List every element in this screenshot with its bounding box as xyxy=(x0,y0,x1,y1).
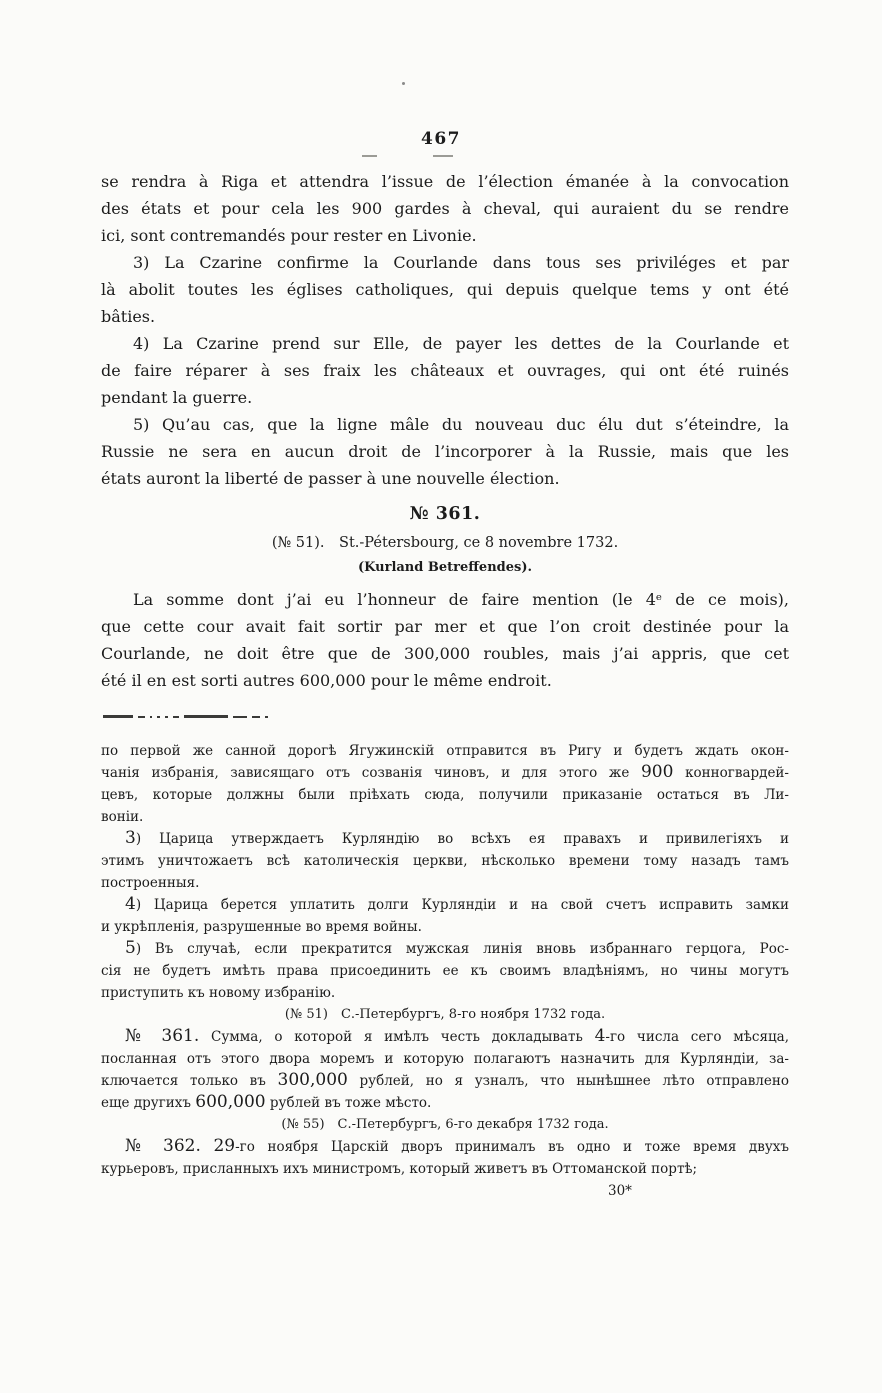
scan-mark xyxy=(433,155,453,157)
text-line: La somme dont j’ai eu l’honneur de faire… xyxy=(101,586,789,613)
text-line: воніи. xyxy=(101,806,789,828)
text-line: 3) La Czarine confirme la Courlande dans… xyxy=(101,249,789,276)
numeral: 3 xyxy=(125,828,136,848)
text-line: états auront la liberté de passer à une … xyxy=(101,465,789,492)
paragraph-ru: № 362. 29-го ноября Царскій дворъ приним… xyxy=(101,1136,789,1180)
text-line: 5) Qu’au cas, que la ligne mâle du nouve… xyxy=(101,411,789,438)
numeral: № 361. xyxy=(125,1026,199,1046)
text-line: курьеровъ, присланныхъ ихъ министромъ, к… xyxy=(101,1158,789,1180)
text-line: посланная отъ этого двора моремъ и котор… xyxy=(101,1048,789,1070)
text-line: de faire réparer à ses fraix les château… xyxy=(101,357,789,384)
text-line: 5) Въ случаѣ, если прекратится мужская л… xyxy=(101,938,789,960)
scan-speck xyxy=(402,82,405,85)
numeral: 29 xyxy=(213,1136,235,1156)
text-line: ici, sont contremandés pour rester en Li… xyxy=(101,222,789,249)
text-line: pendant la guerre. xyxy=(101,384,789,411)
text-line: Courlande, ne doit être que de 300,000 r… xyxy=(101,640,789,667)
section-divider xyxy=(103,715,789,718)
text-line: и укрѣпленія, разрушенные во время войны… xyxy=(101,916,789,938)
numeral: 4 xyxy=(125,894,136,914)
text-line: là abolit toutes les églises catholiques… xyxy=(101,276,789,303)
text-line: des états et pour cela les 900 gardes à … xyxy=(101,195,789,222)
entry-subject: (Kurland Betreffendes). xyxy=(101,559,789,577)
text-line: bâties. xyxy=(101,303,789,330)
text-line: этимъ уничтожаетъ всѣ католическія церкв… xyxy=(101,850,789,872)
paragraph-fr: La somme dont j’ai eu l’honneur de faire… xyxy=(101,586,789,694)
paragraph-ru: 4) Царица берется уплатить долги Курлянд… xyxy=(101,894,789,938)
paragraph-ru: 3) Царица утверждаетъ Курляндію во всѣхъ… xyxy=(101,828,789,894)
numeral: 900 xyxy=(641,762,673,782)
text-line: сія не будетъ имѣть права присоединить е… xyxy=(101,960,789,982)
numeral: 4 xyxy=(595,1026,606,1046)
footnote-dateline: (№ 55) С.-Петербургъ, 6-го декабря 1732 … xyxy=(101,1114,789,1136)
numeral: № 362. xyxy=(125,1136,201,1156)
text-line: été il en est sorti autres 600,000 pour … xyxy=(101,667,789,694)
paragraph-ru: № 361. Сумма, о которой я имѣлъ честь до… xyxy=(101,1026,789,1114)
entry-number-heading: № 361. xyxy=(101,502,789,526)
printer-signature-mark: 30* xyxy=(101,1181,789,1201)
text-line: № 361. Сумма, о которой я имѣлъ честь до… xyxy=(101,1026,789,1048)
numeral: 300,000 xyxy=(278,1070,348,1090)
paragraph-ru: 5) Въ случаѣ, если прекратится мужская л… xyxy=(101,938,789,1004)
numeral: 600,000 xyxy=(195,1092,265,1112)
page-number: 467 xyxy=(0,128,882,150)
scan-mark xyxy=(362,155,377,157)
text-line: ключается только въ 300,000 рублей, но я… xyxy=(101,1070,789,1092)
text-line: № 362. 29-го ноября Царскій дворъ приним… xyxy=(101,1136,789,1158)
text-line: чанія избранія, зависящаго отъ созванія … xyxy=(101,762,789,784)
paragraph-fr: 4) La Czarine prend sur Elle, de payer l… xyxy=(101,330,789,411)
text-line: que cette cour avait fait sortir par mer… xyxy=(101,613,789,640)
scanned-book-page: 467 se rendra à Riga et attendra l’issue… xyxy=(0,0,882,1393)
footnote-dateline: (№ 51) С.-Петербургъ, 8-го ноября 1732 г… xyxy=(101,1004,789,1026)
text-line: se rendra à Riga et attendra l’issue de … xyxy=(101,168,789,195)
paragraph-fr: 3) La Czarine confirme la Courlande dans… xyxy=(101,249,789,330)
text-line: Russie ne sera en aucun droit de l’incor… xyxy=(101,438,789,465)
text-line: 4) La Czarine prend sur Elle, de payer l… xyxy=(101,330,789,357)
text-line: цевъ, которые должны были пріѣхать сюда,… xyxy=(101,784,789,806)
text-line: 4) Царица берется уплатить долги Курлянд… xyxy=(101,894,789,916)
numeral: 5 xyxy=(125,938,136,958)
entry-dateline: (№ 51). St.-Pétersbourg, ce 8 novembre 1… xyxy=(101,533,789,553)
page-content: se rendra à Riga et attendra l’issue de … xyxy=(101,168,789,1201)
text-line: 3) Царица утверждаетъ Курляндію во всѣхъ… xyxy=(101,828,789,850)
paragraph-ru: по первой же санной дорогѣ Ягужинскій от… xyxy=(101,740,789,828)
paragraph-fr: 5) Qu’au cas, que la ligne mâle du nouve… xyxy=(101,411,789,492)
text-line: еще другихъ 600,000 рублей въ тоже мѣсто… xyxy=(101,1092,789,1114)
text-line: построенныя. xyxy=(101,872,789,894)
text-line: приступить къ новому избранію. xyxy=(101,982,789,1004)
text-line: по первой же санной дорогѣ Ягужинскій от… xyxy=(101,740,789,762)
paragraph-fr: se rendra à Riga et attendra l’issue de … xyxy=(101,168,789,249)
